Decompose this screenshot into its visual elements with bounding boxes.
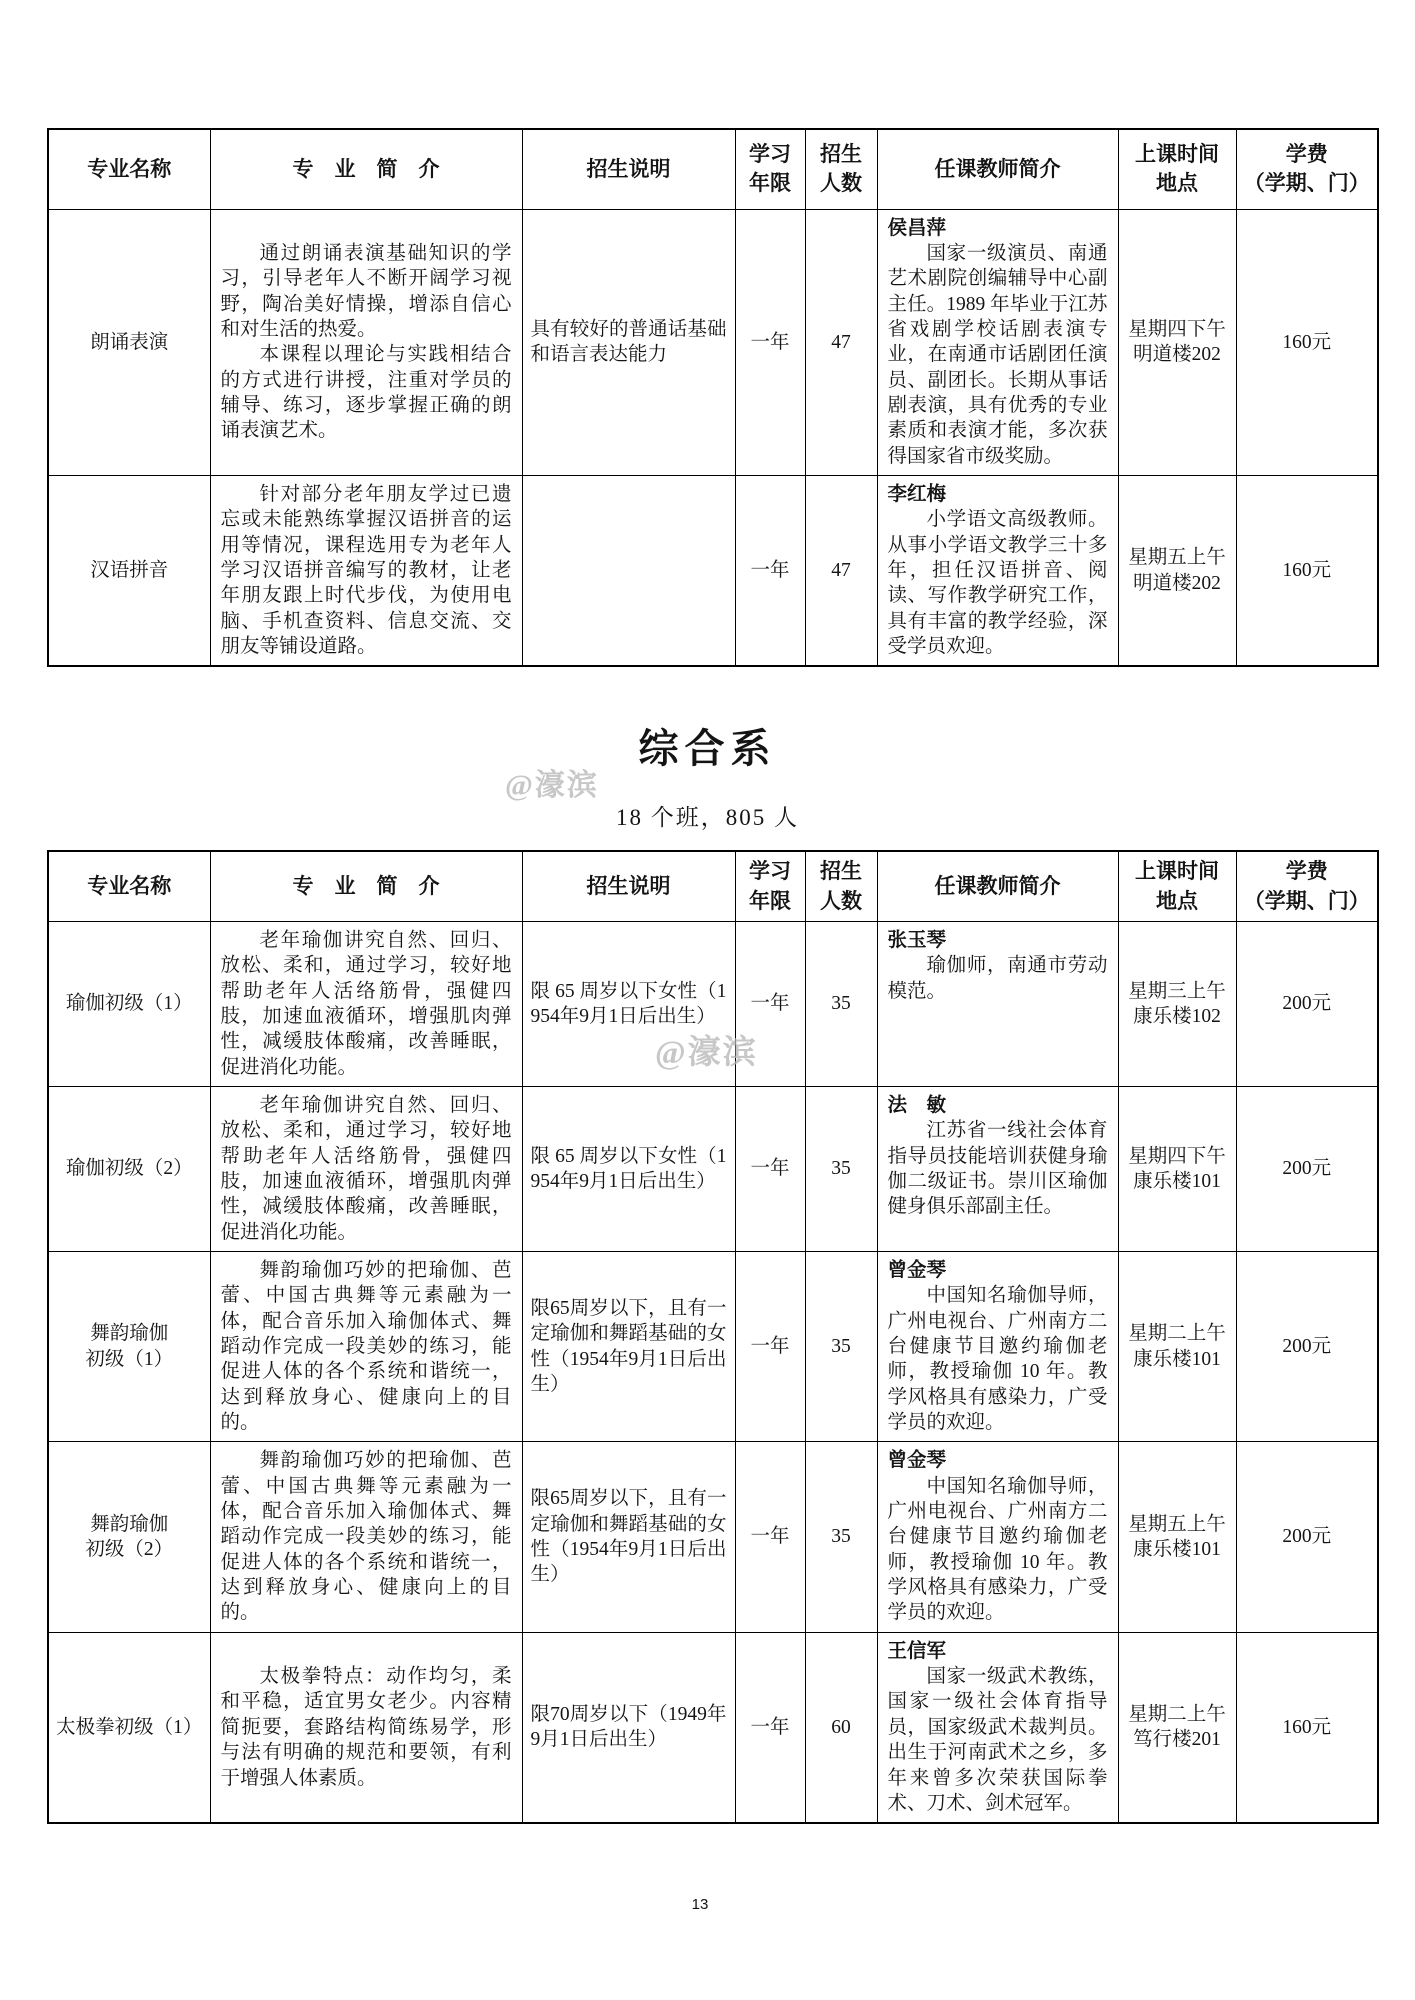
teacher-bio: 中国知名瑜伽导师，广州电视台、广州南方二台健康节目邀约瑜伽老师，教授瑜伽 10 … <box>888 1474 1108 1626</box>
schedule-location: 星期五上午 康乐楼101 <box>1118 1442 1236 1632</box>
course-table-comprehensive: 专业名称 专 业 简 介 招生说明 学习 年限 招生 人数 任课教师简介 上课时… <box>47 850 1379 1824</box>
col-header-admission-note: 招生说明 <box>522 129 735 209</box>
course-row-pinyin: 汉语拼音 针对部分老年朋友学过已遗忘或未能熟练掌握汉语拼音的运用等情况，课程选用… <box>48 475 1378 666</box>
admission-note: 限65周岁以下，且有一定瑜伽和舞蹈基础的女性（1954年9月1日后出生） <box>522 1251 735 1441</box>
col-header-major-name: 专业名称 <box>48 851 210 921</box>
course-name: 舞韵瑜伽 初级（1） <box>48 1251 210 1441</box>
course-row-taichi-1: 太极拳初级（1） 太极拳特点：动作均匀，柔和平稳，适宜男女老少。内容精简扼要，套… <box>48 1632 1378 1823</box>
schedule-location: 星期五上午 明道楼202 <box>1118 475 1236 666</box>
study-years: 一年 <box>735 475 805 666</box>
table-header-row: 专业名称 专 业 简 介 招生说明 学习 年限 招生 人数 任课教师简介 上课时… <box>48 129 1378 209</box>
page-number: 13 <box>0 1896 1400 1913</box>
schedule-location: 星期二上午 笃行楼201 <box>1118 1632 1236 1823</box>
enrollment-count: 47 <box>805 209 877 475</box>
col-header-study-years: 学习 年限 <box>735 851 805 921</box>
intro-paragraph: 舞韵瑜伽巧妙的把瑜伽、芭蕾、中国古典舞等元素融为一体，配合音乐加入瑜伽体式、舞蹈… <box>221 1258 512 1435</box>
course-intro-cell: 老年瑜伽讲究自然、回归、放松、柔和，通过学习，较好地帮助老年人活络筋骨，强健四肢… <box>210 1086 522 1251</box>
admission-note: 限70周岁以下（1949年9月1日后出生） <box>522 1632 735 1823</box>
course-row-recitation: 朗诵表演 通过朗诵表演基础知识的学习，引导老年人不断开阔学习视野，陶冶美好情操，… <box>48 209 1378 475</box>
teacher-cell: 王信军 国家一级武术教练，国家一级社会体育指导员，国家级武术裁判员。出生于河南武… <box>877 1632 1118 1823</box>
catalog-page: 专业名称 专 业 简 介 招生说明 学习 年限 招生 人数 任课教师简介 上课时… <box>0 0 1415 2000</box>
fee: 160元 <box>1236 475 1378 666</box>
course-name: 瑜伽初级（1） <box>48 921 210 1086</box>
course-intro-cell: 针对部分老年朋友学过已遗忘或未能熟练掌握汉语拼音的运用等情况，课程选用专为老年人… <box>210 475 522 666</box>
course-name: 朗诵表演 <box>48 209 210 475</box>
teacher-cell: 侯昌萍 国家一级演员、南通艺术剧院创编辅导中心副主任。1989 年毕业于江苏省戏… <box>877 209 1118 475</box>
course-row-yoga-1: 瑜伽初级（1） 老年瑜伽讲究自然、回归、放松、柔和，通过学习，较好地帮助老年人活… <box>48 921 1378 1086</box>
table-header-row: 专业名称 专 业 简 介 招生说明 学习 年限 招生 人数 任课教师简介 上课时… <box>48 851 1378 921</box>
intro-paragraph: 太极拳特点：动作均匀，柔和平稳，适宜男女老少。内容精简扼要，套路结构简练易学，形… <box>221 1664 512 1791</box>
course-row-dance-yoga-1: 舞韵瑜伽 初级（1） 舞韵瑜伽巧妙的把瑜伽、芭蕾、中国古典舞等元素融为一体，配合… <box>48 1251 1378 1441</box>
course-name: 舞韵瑜伽 初级（2） <box>48 1442 210 1632</box>
teacher-cell: 曾金琴 中国知名瑜伽导师，广州电视台、广州南方二台健康节目邀约瑜伽老师，教授瑜伽… <box>877 1251 1118 1441</box>
col-header-schedule: 上课时间 地点 <box>1118 851 1236 921</box>
intro-paragraph: 舞韵瑜伽巧妙的把瑜伽、芭蕾、中国古典舞等元素融为一体，配合音乐加入瑜伽体式、舞蹈… <box>221 1448 512 1625</box>
course-table-top: 专业名称 专 业 简 介 招生说明 学习 年限 招生 人数 任课教师简介 上课时… <box>47 128 1379 667</box>
course-intro-cell: 舞韵瑜伽巧妙的把瑜伽、芭蕾、中国古典舞等元素融为一体，配合音乐加入瑜伽体式、舞蹈… <box>210 1251 522 1441</box>
admission-note: 限65周岁以下，且有一定瑜伽和舞蹈基础的女性（1954年9月1日后出生） <box>522 1442 735 1632</box>
col-header-schedule: 上课时间 地点 <box>1118 129 1236 209</box>
col-header-major-intro: 专 业 简 介 <box>210 851 522 921</box>
study-years: 一年 <box>735 1632 805 1823</box>
col-header-study-years: 学习 年限 <box>735 129 805 209</box>
teacher-cell: 法 敏 江苏省一线社会体育指导员技能培训获健身瑜伽二级证书。崇川区瑜伽健身俱乐部… <box>877 1086 1118 1251</box>
study-years: 一年 <box>735 1442 805 1632</box>
enrollment-count: 35 <box>805 921 877 1086</box>
teacher-name: 王信军 <box>888 1639 1108 1664</box>
enrollment-count: 60 <box>805 1632 877 1823</box>
course-row-dance-yoga-2: 舞韵瑜伽 初级（2） 舞韵瑜伽巧妙的把瑜伽、芭蕾、中国古典舞等元素融为一体，配合… <box>48 1442 1378 1632</box>
fee: 200元 <box>1236 1086 1378 1251</box>
section-title: 综合系 <box>0 725 1415 773</box>
course-name: 汉语拼音 <box>48 475 210 666</box>
study-years: 一年 <box>735 1086 805 1251</box>
col-header-major-intro: 专 业 简 介 <box>210 129 522 209</box>
fee: 200元 <box>1236 921 1378 1086</box>
enrollment-count: 35 <box>805 1442 877 1632</box>
teacher-bio: 国家一级武术教练，国家一级社会体育指导员，国家级武术裁判员。出生于河南武术之乡，… <box>888 1664 1108 1816</box>
teacher-name: 侯昌萍 <box>888 216 1108 241</box>
col-header-admission-note: 招生说明 <box>522 851 735 921</box>
teacher-name: 张玉琴 <box>888 928 1108 953</box>
study-years: 一年 <box>735 1251 805 1441</box>
col-header-teacher-intro: 任课教师简介 <box>877 851 1118 921</box>
course-name: 瑜伽初级（2） <box>48 1086 210 1251</box>
admission-note: 限 65 周岁以下女性（1954年9月1日后出生） <box>522 921 735 1086</box>
teacher-bio: 瑜伽师，南通市劳动模范。 <box>888 953 1108 1004</box>
teacher-cell: 李红梅 小学语文高级教师。从事小学语文教学三十多年，担任汉语拼音、阅读、写作教学… <box>877 475 1118 666</box>
col-header-teacher-intro: 任课教师简介 <box>877 129 1118 209</box>
teacher-name: 曾金琴 <box>888 1448 1108 1473</box>
col-header-enrollment: 招生 人数 <box>805 851 877 921</box>
teacher-name: 曾金琴 <box>888 1258 1108 1283</box>
course-row-yoga-2: 瑜伽初级（2） 老年瑜伽讲究自然、回归、放松、柔和，通过学习，较好地帮助老年人活… <box>48 1086 1378 1251</box>
teacher-bio: 小学语文高级教师。从事小学语文教学三十多年，担任汉语拼音、阅读、写作教学研究工作… <box>888 507 1108 659</box>
admission-note: 具有较好的普通话基础和语言表达能力 <box>522 209 735 475</box>
intro-paragraph: 本课程以理论与实践相结合的方式进行讲授，注重对学员的辅导、练习，逐步掌握正确的朗… <box>221 342 512 443</box>
teacher-cell: 曾金琴 中国知名瑜伽导师，广州电视台、广州南方二台健康节目邀约瑜伽老师，教授瑜伽… <box>877 1442 1118 1632</box>
intro-paragraph: 老年瑜伽讲究自然、回归、放松、柔和，通过学习，较好地帮助老年人活络筋骨，强健四肢… <box>221 1093 512 1245</box>
col-header-fee: 学费 （学期、门） <box>1236 129 1378 209</box>
teacher-bio: 江苏省一线社会体育指导员技能培训获健身瑜伽二级证书。崇川区瑜伽健身俱乐部副主任。 <box>888 1118 1108 1219</box>
teacher-bio: 中国知名瑜伽导师，广州电视台、广州南方二台健康节目邀约瑜伽老师，教授瑜伽 10 … <box>888 1283 1108 1435</box>
intro-paragraph: 通过朗诵表演基础知识的学习，引导老年人不断开阔学习视野，陶冶美好情操，增添自信心… <box>221 241 512 342</box>
teacher-bio: 国家一级演员、南通艺术剧院创编辅导中心副主任。1989 年毕业于江苏省戏剧学校话… <box>888 241 1108 469</box>
section-heading: 综合系 18 个班，805 人 <box>0 725 1415 832</box>
section-subtitle: 18 个班，805 人 <box>0 799 1415 832</box>
course-intro-cell: 通过朗诵表演基础知识的学习，引导老年人不断开阔学习视野，陶冶美好情操，增添自信心… <box>210 209 522 475</box>
fee: 200元 <box>1236 1442 1378 1632</box>
col-header-enrollment: 招生 人数 <box>805 129 877 209</box>
teacher-name: 李红梅 <box>888 482 1108 507</box>
fee: 160元 <box>1236 209 1378 475</box>
course-intro-cell: 舞韵瑜伽巧妙的把瑜伽、芭蕾、中国古典舞等元素融为一体，配合音乐加入瑜伽体式、舞蹈… <box>210 1442 522 1632</box>
admission-note: 限 65 周岁以下女性（1954年9月1日后出生） <box>522 1086 735 1251</box>
col-header-fee: 学费 （学期、门） <box>1236 851 1378 921</box>
course-name: 太极拳初级（1） <box>48 1632 210 1823</box>
intro-paragraph: 针对部分老年朋友学过已遗忘或未能熟练掌握汉语拼音的运用等情况，课程选用专为老年人… <box>221 482 512 659</box>
intro-paragraph: 老年瑜伽讲究自然、回归、放松、柔和，通过学习，较好地帮助老年人活络筋骨，强健四肢… <box>221 928 512 1080</box>
course-intro-cell: 老年瑜伽讲究自然、回归、放松、柔和，通过学习，较好地帮助老年人活络筋骨，强健四肢… <box>210 921 522 1086</box>
schedule-location: 星期四下午 康乐楼101 <box>1118 1086 1236 1251</box>
schedule-location: 星期二上午 康乐楼101 <box>1118 1251 1236 1441</box>
admission-note <box>522 475 735 666</box>
schedule-location: 星期三上午 康乐楼102 <box>1118 921 1236 1086</box>
col-header-major-name: 专业名称 <box>48 129 210 209</box>
fee: 200元 <box>1236 1251 1378 1441</box>
study-years: 一年 <box>735 209 805 475</box>
enrollment-count: 35 <box>805 1251 877 1441</box>
schedule-location: 星期四下午 明道楼202 <box>1118 209 1236 475</box>
enrollment-count: 47 <box>805 475 877 666</box>
teacher-cell: 张玉琴 瑜伽师，南通市劳动模范。 <box>877 921 1118 1086</box>
fee: 160元 <box>1236 1632 1378 1823</box>
course-intro-cell: 太极拳特点：动作均匀，柔和平稳，适宜男女老少。内容精简扼要，套路结构简练易学，形… <box>210 1632 522 1823</box>
enrollment-count: 35 <box>805 1086 877 1251</box>
study-years: 一年 <box>735 921 805 1086</box>
teacher-name: 法 敏 <box>888 1093 1108 1118</box>
